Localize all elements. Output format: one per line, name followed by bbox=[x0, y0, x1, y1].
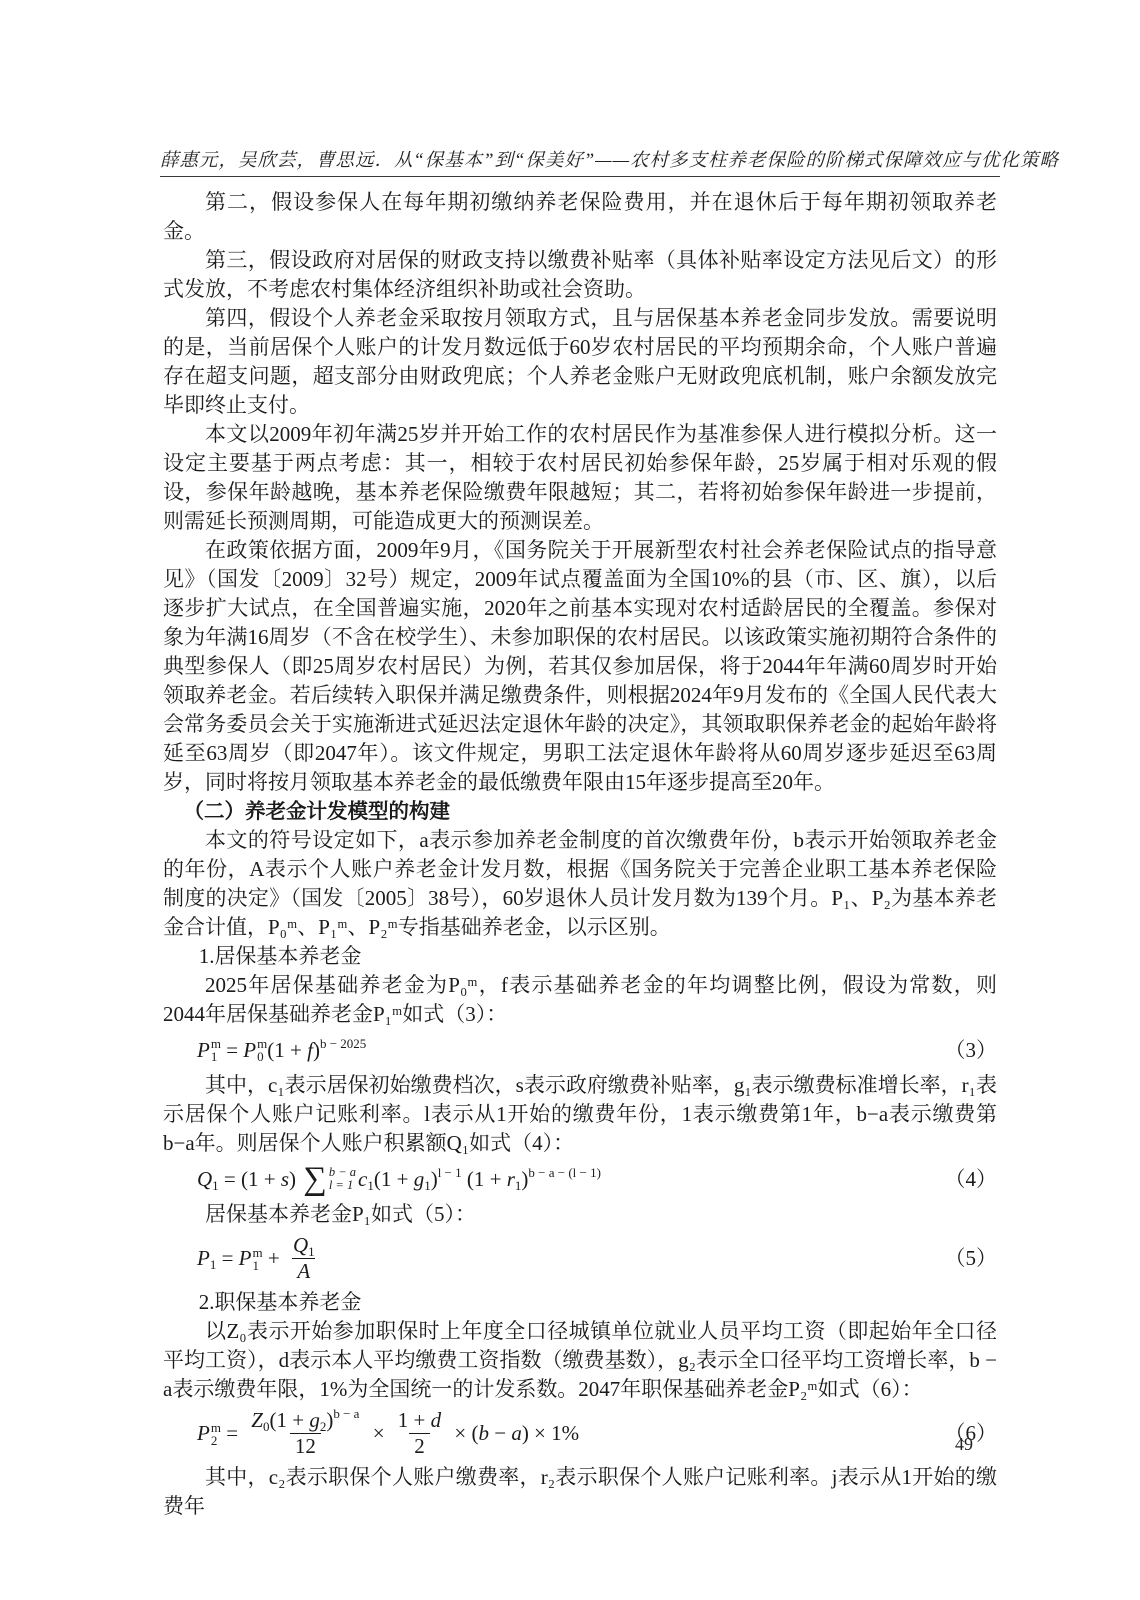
equation-expression: Q1 = (1 + s) ∑b − al = 1c1(1 + g1)l − 1 … bbox=[197, 1163, 601, 1195]
math-var: r bbox=[507, 1165, 515, 1194]
paragraph: 第三，假设政府对居保的财政支持以缴费补贴率（具体补贴率设定方法见后文）的形式发放… bbox=[163, 246, 997, 304]
page-number: 49 bbox=[163, 1434, 973, 1455]
paragraph: 本文以2009年初年满25岁并开始工作的农村居民作为基准参保人进行模拟分析。这一… bbox=[163, 420, 997, 536]
equation-number: （4） bbox=[945, 1165, 998, 1194]
math-var: c bbox=[358, 1165, 367, 1194]
math-token: g2 bbox=[309, 1408, 326, 1433]
section-heading: （二）养老金计发模型的构建 bbox=[163, 797, 997, 826]
paragraph: 其中，c₂表示职保个人账户缴费率，r₂表示职保个人账户记账利率。j表示从1开始的… bbox=[163, 1463, 997, 1521]
sub-heading: 2.职保基本养老金 bbox=[163, 1288, 997, 1317]
sub-sup-stack: m1 bbox=[211, 1037, 221, 1063]
math-token: Pm1 bbox=[239, 1244, 263, 1273]
sum-upper-limit: b − a bbox=[329, 1166, 356, 1180]
math-token: Q1 bbox=[293, 1233, 315, 1258]
math-token: )b − a − (l − 1) bbox=[521, 1165, 601, 1194]
running-header: 薛惠元，吴欣芸，曹思远．从“保基本”到“保美好”——农村多支柱养老保险的阶梯式保… bbox=[160, 146, 1000, 172]
math-var: P bbox=[197, 1036, 210, 1065]
math-token: c1 bbox=[358, 1165, 374, 1194]
superscript: l − 1 bbox=[438, 1157, 462, 1186]
sub-sup-stack: m1 bbox=[253, 1246, 263, 1272]
fraction-numerator: 1 + d bbox=[393, 1408, 446, 1433]
content: 第二，假设参保人在每年期初缴纳养老保险费用，并在退休后于每年期初领取养老金。第三… bbox=[163, 188, 997, 1521]
paragraph: 其中，c₁表示居保初始缴费档次，s表示政府缴费补贴率，g₁表示缴费标准增长率，r… bbox=[163, 1071, 997, 1158]
subscript: 1 bbox=[212, 1170, 219, 1199]
math-token: Pm1 bbox=[197, 1036, 221, 1065]
sub-heading: 1.居保基本养老金 bbox=[163, 942, 997, 971]
math-token: Q1 bbox=[197, 1165, 219, 1194]
subscript: 1 bbox=[210, 1250, 217, 1279]
superscript: b − a − (l − 1) bbox=[528, 1157, 601, 1186]
sum-lower-limit: l = 1 bbox=[329, 1179, 356, 1193]
math-op: = bbox=[216, 1244, 238, 1273]
math-op: (1 + bbox=[267, 1036, 307, 1065]
subscript: 0 bbox=[257, 1050, 267, 1063]
math-var: P bbox=[243, 1036, 256, 1065]
paragraph: 第四，假设个人养老金采取按月领取方式，且与居保基本养老金同步发放。需要说明的是，… bbox=[163, 304, 997, 420]
math-token: )b − 2025 bbox=[313, 1036, 366, 1065]
sigma-symbol: ∑ bbox=[303, 1163, 327, 1195]
math-var: P bbox=[239, 1244, 252, 1273]
equation-number: （3） bbox=[945, 1036, 998, 1065]
math-token: P1 bbox=[197, 1244, 216, 1273]
math-token: )b − a bbox=[326, 1408, 359, 1433]
math-var: s bbox=[281, 1165, 289, 1194]
header-rule bbox=[160, 176, 1000, 177]
math-var: Z bbox=[251, 1408, 263, 1433]
fraction-numerator: Z0(1 + g2)b − a bbox=[246, 1408, 364, 1433]
math-var: P bbox=[197, 1244, 210, 1273]
math-op: ) bbox=[313, 1036, 320, 1065]
math-op: = bbox=[221, 1036, 243, 1065]
sub-sup-stack: m0 bbox=[257, 1037, 267, 1063]
equation-number: （5） bbox=[945, 1244, 998, 1273]
math-token: )l − 1 bbox=[431, 1165, 462, 1194]
math-token: Pm0 bbox=[243, 1036, 267, 1065]
math-op: ) bbox=[289, 1165, 301, 1194]
math-token: r1 bbox=[507, 1165, 522, 1194]
paragraph: 以Z₀表示开始参加职保时上年度全口径城镇单位就业人员平均工资（即起始年全口径平均… bbox=[163, 1317, 997, 1404]
math-var: g bbox=[414, 1165, 425, 1194]
math-var: d bbox=[431, 1408, 442, 1433]
math-var: g bbox=[309, 1408, 320, 1433]
math-var: Q bbox=[197, 1165, 212, 1194]
subscript: 1 bbox=[211, 1050, 221, 1063]
paragraph: 第二，假设参保人在每年期初缴纳养老保险费用，并在退休后于每年期初领取养老金。 bbox=[163, 188, 997, 246]
fraction: Q1A bbox=[288, 1233, 320, 1284]
paragraph: 本文的符号设定如下，a表示参加养老金制度的首次缴费年份，b表示开始领取养老金的年… bbox=[163, 826, 997, 942]
superscript: b − a bbox=[333, 1401, 359, 1426]
paragraph: 2025年居保基础养老金为P₀ᵐ，f表示基础养老金的年均调整比例，假设为常数，则… bbox=[163, 971, 997, 1029]
math-op: = (1 + bbox=[219, 1165, 281, 1194]
equation-expression: P1 = Pm1 + Q1A bbox=[197, 1233, 323, 1284]
subscript: 1 bbox=[424, 1170, 431, 1199]
math-op: + bbox=[263, 1244, 285, 1273]
fraction-numerator: Q1 bbox=[288, 1233, 320, 1258]
math-op: (1 + bbox=[374, 1165, 414, 1194]
math-op: 1 + bbox=[398, 1408, 431, 1433]
superscript: m bbox=[253, 1246, 263, 1259]
equation-block: Q1 = (1 + s) ∑b − al = 1c1(1 + g1)l − 1 … bbox=[163, 1162, 997, 1196]
math-op: ) bbox=[431, 1165, 438, 1194]
sum-limits: b − al = 1 bbox=[329, 1166, 356, 1193]
math-op: (1 + bbox=[462, 1165, 507, 1194]
paragraph: 在政策依据方面，2009年9月，《国务院关于开展新型农村社会养老保险试点的指导意… bbox=[163, 536, 997, 797]
superscript: b − 2025 bbox=[320, 1028, 366, 1057]
equation-block: P1 = Pm1 + Q1A（5） bbox=[163, 1233, 997, 1284]
math-op: (1 + bbox=[269, 1408, 309, 1433]
math-var: Q bbox=[293, 1233, 308, 1258]
sum-operator: ∑b − al = 1 bbox=[303, 1163, 356, 1195]
equation-expression: Pm1 = Pm0(1 + f)b − 2025 bbox=[197, 1036, 366, 1065]
paragraph: 居保基本养老金P₁如式（5）： bbox=[163, 1200, 997, 1229]
subscript: 1 bbox=[253, 1259, 263, 1272]
subscript: 1 bbox=[308, 1239, 315, 1264]
subscript: 1 bbox=[515, 1170, 522, 1199]
math-token: g1 bbox=[414, 1165, 431, 1194]
subscript: 1 bbox=[367, 1170, 374, 1199]
math-op: ) bbox=[326, 1408, 333, 1433]
math-op: ) bbox=[521, 1165, 528, 1194]
math-token: Z0 bbox=[251, 1408, 269, 1433]
superscript: m bbox=[211, 1421, 221, 1434]
document-page: 薛惠元，吴欣芸，曹思远．从“保基本”到“保美好”——农村多支柱养老保险的阶梯式保… bbox=[0, 0, 1140, 1600]
equation-block: Pm1 = Pm0(1 + f)b − 2025（3） bbox=[163, 1033, 997, 1067]
